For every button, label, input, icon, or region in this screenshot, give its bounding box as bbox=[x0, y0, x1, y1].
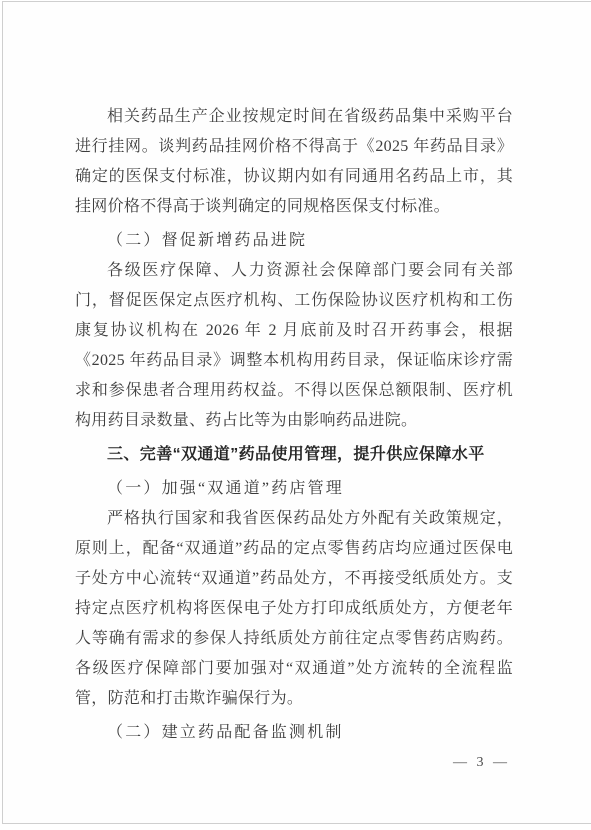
document-body: 相关药品生产企业按规定时间在省级药品集中采购平台进行挂网。谈判药品挂网价格不得高… bbox=[75, 2, 513, 748]
section-heading-3-dual-channel: 三、完善“双通道”药品使用管理，提升供应保障水平 bbox=[75, 440, 513, 470]
paragraph-listing-rules: 相关药品生产企业按规定时间在省级药品集中采购平台进行挂网。谈判药品挂网价格不得高… bbox=[75, 102, 513, 222]
subsection-heading-2-hospital-admission: （二）督促新增药品进院 bbox=[75, 226, 513, 256]
subsection-heading-1-pharmacy-management: （一）加强“双通道”药店管理 bbox=[75, 474, 513, 504]
subsection-heading-2-monitoring-mechanism: （二）建立药品配备监测机制 bbox=[75, 718, 513, 748]
paragraph-hospital-admission: 各级医疗保障、人力资源社会保障部门要会同有关部门，督促医保定点医疗机构、工伤保险… bbox=[75, 256, 513, 436]
page-number: — 3 — bbox=[453, 755, 510, 771]
paragraph-pharmacy-management: 严格执行国家和我省医保药品处方外配有关政策规定，原则上，配备“双通道”药品的定点… bbox=[75, 504, 513, 714]
document-page: 相关药品生产企业按规定时间在省级药品集中采购平台进行挂网。谈判药品挂网价格不得高… bbox=[2, 1, 591, 824]
